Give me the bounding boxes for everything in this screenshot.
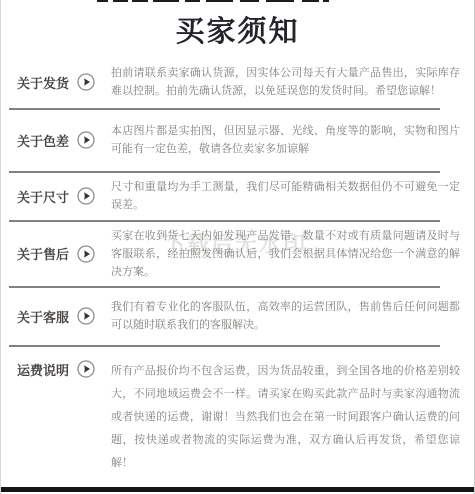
notice-text: 尺寸和重量均为手工测量，我们尽可能精确相关数据但仍不可避免一定误差。 bbox=[111, 178, 460, 214]
notice-text: 我们有着专业化的客服队伍，高效率的运营团队，售前售后任何问题都可以随时联系我们的… bbox=[111, 298, 460, 334]
notice-label: 关于尺寸 bbox=[17, 187, 69, 206]
notice-row-head: 关于尺寸 bbox=[1, 187, 111, 206]
notice-text: 所有产品报价均不包含运费，因为货品较重，到全国各地的价格差别较大，不同地域运费会… bbox=[111, 360, 460, 475]
notice-row-shipping: 关于发货 拍前请联系卖家确认货源，因实体公司每天有大量产品售出，实际库存难以控制… bbox=[1, 57, 474, 108]
notice-row-head: 关于发货 bbox=[1, 73, 111, 92]
notice-row-size: 关于尺寸 尺寸和重量均为手工测量，我们尽可能精确相关数据但仍不可避免一定误差。 bbox=[1, 173, 474, 220]
buyer-notice-panel: 下载后无水印 买家须知 关于发货 拍前请联系卖家确认货源，因实体公司每天有大量产… bbox=[0, 0, 475, 494]
notice-row-customer-service: 关于客服 我们有着专业化的客服队伍，高效率的运营团队，售前售后任何问题都可以随时… bbox=[1, 288, 474, 345]
notice-row-freight: 运费说明 所有产品报价均不包含运费，因为货品较重，到全国各地的价格差别较大，不同… bbox=[1, 347, 474, 490]
notice-label: 关于色差 bbox=[17, 131, 69, 150]
notice-row-color-difference: 关于色差 本店图片都是实拍图，但因显示器、光线、角度等的影响，实物和图片可能有一… bbox=[1, 110, 474, 171]
notice-row-head: 关于客服 bbox=[1, 307, 111, 326]
play-circle-arrow-icon bbox=[77, 131, 95, 149]
notice-text: 拍前请联系卖家确认货源，因实体公司每天有大量产品售出，实际库存难以控制。拍前先确… bbox=[111, 64, 460, 100]
notice-row-after-sales: 关于售后 买家在收到货七天内如发现产品发错、数量不对或有质量问题请及时与客服联系… bbox=[1, 222, 474, 286]
notice-row-head: 关于售后 bbox=[1, 244, 111, 263]
notice-row-head: 运费说明 bbox=[1, 360, 111, 379]
play-circle-arrow-icon bbox=[77, 73, 95, 91]
notice-text: 买家在收到货七天内如发现产品发错、数量不对或有质量问题请及时与客服联系，经拍照发… bbox=[111, 227, 460, 281]
notice-label: 关于客服 bbox=[17, 307, 69, 326]
notice-row-head: 关于色差 bbox=[1, 131, 111, 150]
play-circle-arrow-icon bbox=[77, 360, 95, 378]
play-circle-arrow-icon bbox=[77, 307, 95, 325]
play-circle-arrow-icon bbox=[77, 245, 95, 263]
page-title: 买家须知 bbox=[1, 0, 474, 49]
notice-text: 本店图片都是实拍图，但因显示器、光线、角度等的影响，实物和图片可能有一定色差，敬… bbox=[111, 122, 460, 158]
notice-label: 关于发货 bbox=[17, 73, 69, 92]
play-circle-arrow-icon bbox=[77, 187, 95, 205]
notice-list: 关于发货 拍前请联系卖家确认货源，因实体公司每天有大量产品售出，实际库存难以控制… bbox=[1, 57, 474, 490]
notice-label: 运费说明 bbox=[17, 360, 69, 379]
notice-label: 关于售后 bbox=[17, 244, 69, 263]
